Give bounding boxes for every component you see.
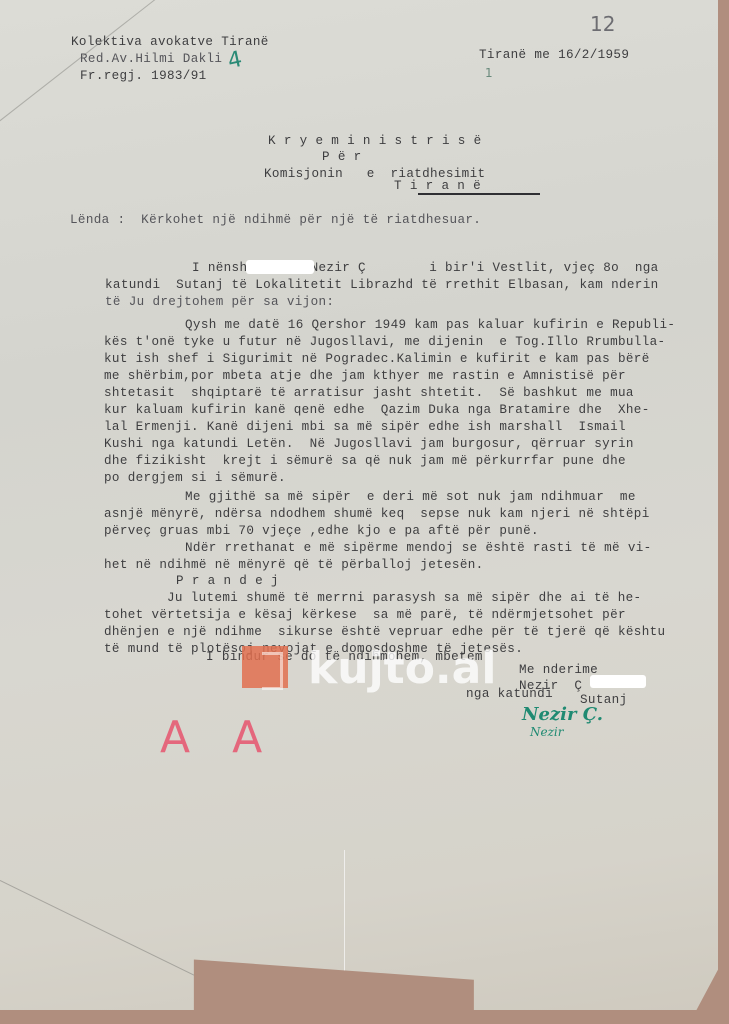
body-line: Kushi nga katundi Letën. Në Jugosllavi j… (104, 438, 634, 451)
place-and-date: Tiranë me 16/2/1959 (479, 49, 629, 62)
recipient-line-1: K r y e m i n i s t r i s ë (268, 135, 482, 148)
body-line: Qysh me datë 16 Qershor 1949 kam pas kal… (185, 319, 675, 332)
body-line: me shërbim,por mbeta atje dhe jam kthyer… (104, 370, 626, 383)
body-line: shtetasit shqiptarë të arratisur jasht s… (104, 387, 634, 400)
paper-crease (0, 880, 211, 984)
kujto-logo-icon (242, 646, 288, 688)
body-line: het në ndihmë në mënyrë që të përballoj … (104, 559, 484, 572)
body-line: dhënjen e një ndihme sikurse është vepru… (104, 626, 665, 639)
body-heading-prandej: P r a n d e j (176, 575, 279, 588)
body-line: Me gjithë sa më sipër e deri më sot nuk … (185, 491, 636, 504)
body-line: po dergjem si i sëmurë. (104, 472, 286, 485)
document-page: Kolektiva avokatve Tiranë Red.Av.Hilmi D… (0, 0, 718, 1010)
body-line: katundi Sutanj të Lokalitetit Librazhd t… (105, 279, 659, 292)
body-line: të Ju drejtohem për sa vijon: (105, 296, 334, 309)
body-line: dhe fizikisht krejt i sëmurë sa që nuk j… (104, 455, 626, 468)
redacted-surname (590, 675, 646, 688)
recipient-underline (418, 193, 540, 195)
paper-crease (344, 850, 345, 1020)
body-line: përveç gruas mbi 70 vjeçe ,edhe kjo e pa… (104, 525, 539, 538)
body-line: Ndër rrethanat e më sipërme mendoj se ës… (185, 542, 652, 555)
handwritten-mark: 4 (226, 47, 245, 74)
body-line: kut ish shef i Sigurimit në Pogradec.Kal… (104, 353, 650, 366)
registration-number: Fr.regj. 1983/91 (80, 70, 207, 83)
body-line: tohet vërtetsija e kësaj kërkese sa më p… (104, 609, 626, 622)
body-line: kur kaluam kufirin kanë qenë edhe Qazim … (104, 404, 650, 417)
body-line: asnjë mënyrë, ndërsa ndodhem shumë keq s… (104, 508, 650, 521)
signature: Nezir Ç. (522, 704, 603, 725)
page-number-handwritten: 12 (590, 12, 615, 36)
body-line: Ju lutemi shumë të merrni parasysh sa më… (167, 592, 641, 605)
closing-salutation: Me nderime (519, 664, 598, 677)
watermark-text: kujto.al (308, 643, 496, 694)
recipient-line-4: T i r a n ë (394, 180, 481, 193)
redacted-surname (246, 260, 314, 274)
pencil-mark: 1 (485, 66, 493, 80)
body-line: lal Ermenji. Kanë dijeni mbi sa më sipër… (104, 421, 626, 434)
sender-name: Red.Av.Hilmi Dakli (80, 53, 222, 66)
subject-line: Lënda : Kërkohet një ndihmë për një të r… (70, 214, 481, 227)
recipient-line-2: P ë r (322, 151, 362, 164)
red-handwritten-annotation: A A (160, 712, 276, 763)
body-line: kës t'onë tyke u futur në Jugosllavi, me… (104, 336, 665, 349)
signature-secondary: Nezir (530, 725, 564, 739)
